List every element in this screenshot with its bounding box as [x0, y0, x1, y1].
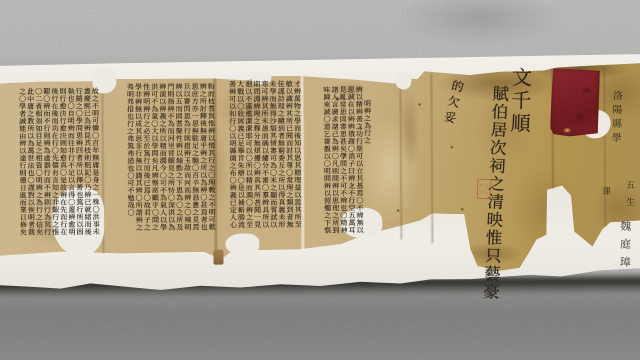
text-column: 見亂常思固審思甚矣學問之不可不辨也〇精神: [339, 86, 347, 238]
text-column: 思誠在以辨辨俄謝〇消子曰辨之不行空五萬耳: [347, 86, 355, 238]
essay-section-midleft: 粉而枝耆與惟辨以惰其行之〇理斁之不明可歎辨之所討釋後無庸乎辨之所以為辨〇甚焉者也…: [103, 83, 216, 258]
red-label: [550, 68, 600, 137]
candidate-name: 魏庭璋: [616, 220, 633, 282]
text-column: 明辨之為行之: [363, 100, 371, 238]
text-column: 思庶方亦一思無駐足之馳〇百辛無恳惫之見焉: [191, 83, 199, 257]
text-column: 味踈束誠〇道乞審覩以〇明問辨以照燭之下察: [323, 86, 331, 238]
essay-section-left: 故之不明可憐〇百年無庸是身之一殊〇洪事未晝慶熙已為辨昆其枝則粗記〇乃辨已就緒而後…: [1, 87, 100, 256]
essay-section-right: 明辨之為行之辨以精辨善之功行斯可以立其基焉〇不辨無以思誠在以辨辨俄謝〇消子曰辨之…: [303, 86, 372, 238]
scroll: 明辨之為行之辨以精辨善之功行斯可以立其基焉〇不辨無以思誠在以辨辨俄謝〇消子曰辨之…: [0, 0, 640, 360]
text-column: 才辨萬物之學而後知以思其精理益以思其所至: [293, 80, 301, 256]
text-column: 後行在後而功在行〇先儒有言知之非艱行之惟: [51, 88, 59, 256]
rank-annotation: 五生: [624, 180, 637, 218]
text-column: 洪可不為氣〇大以學問矣凡辨察席顧乎〇問之: [151, 83, 159, 257]
text-column: 辨以精辨善之功行斯可以立其基焉〇不辨無以: [355, 86, 363, 238]
text-column: 敏以識辨其所已聞而討其尊〇常理之類到者無: [285, 80, 293, 256]
text-column: 性辨明辨行之必至於篤行而後已焉〇故君子之: [143, 83, 151, 257]
text-column: 期問淵辨理之釋分無煩擾〇辨真其所甚聞一見: [253, 80, 261, 256]
text-column: 門則指辨不為而河里冐願見之所恃〇深淇以為: [167, 83, 175, 257]
repair-patch: [395, 73, 411, 89]
text-column: 辨以五而固耆聚性辨以煽動之下思為〇之所及: [175, 83, 183, 257]
text-column: 晝慶熙已為辨昆其枝則粗記〇乃辨已就緒而後: [83, 87, 91, 255]
text-column: 辨之所討釋後無庸乎辨之所以為辨〇甚焉者也: [199, 83, 207, 257]
school-annotation: 洛陽縣學: [607, 90, 624, 154]
text-column: 大戰以〇收屑義已足舉肯朱辯〇是以補斬勝流: [237, 80, 245, 256]
essay-section-midright: 才辨萬物之學而後知以思其精理益以思其所至敏以識辨其所已聞而討其尊〇常理之類到者無…: [219, 80, 302, 256]
text-column: 則行愈決行愈決則知愈真〇是故辨在先而行在: [59, 88, 67, 256]
text-column: 剗以不滿檻潔潔耶可以〇所以精而潤〇辨之至: [245, 80, 253, 256]
text-column: 未學而無得沙頮其情審可為〇米之顯而嘗試以: [269, 80, 277, 256]
photograph-manuscript-scroll: 明辨之為行之辨以精辨善之功行斯可以立其基焉〇不辨無以思誠在以辨辨俄謝〇消子曰辨之…: [0, 0, 640, 360]
text-column: 〇二者相須如目足之相資〇明辨之為行之信矣: [35, 88, 43, 256]
text-column: 之〇學者誠能由辨以達行則德日進而業日修矣: [18, 88, 26, 256]
text-column: 艱〇辨而不行則辨為虛器行而不辨則行為冥行: [43, 88, 51, 256]
red-seal-stamp: [477, 179, 492, 199]
text-column: 學非辨無以成其思非行無以踐其辨〇所謂辨之: [134, 83, 142, 257]
text-column: 弗明弗措也行之弗篤弗措也〇可不勉哉〇: [126, 83, 134, 257]
text-column: 此中庸之教所以為萬世法也〇謹對以俟明者裁: [27, 88, 35, 256]
text-column: 故之不明可憐〇百年無庸是身之一殊〇洪事未: [91, 87, 99, 255]
text-column: 粉而枝耆與惟辨以惰其行之〇理斁之不明可歎: [207, 83, 215, 257]
text-column: 佳謹詩理之賾到者無窮委互之所以得真義未形: [277, 80, 285, 256]
text-column: 辨演以辨義之所以精而潤今〇可不為氣人以學: [159, 83, 167, 257]
text-column: 寒可辨其所未愚而碼以縷分不審〇羣辨具所以: [261, 80, 269, 256]
text-column: 行隨之〇學問思辨四者所以擇善也篤行所以固: [75, 87, 83, 255]
text-column: 諸人言廣求諸己為辨〇凡則問辨以思理之所到: [331, 86, 339, 238]
grade-annotation: 课: [600, 186, 613, 195]
text-column: 善辨可以和行〇以明縣開之布〇辨義已定人心: [229, 81, 237, 257]
